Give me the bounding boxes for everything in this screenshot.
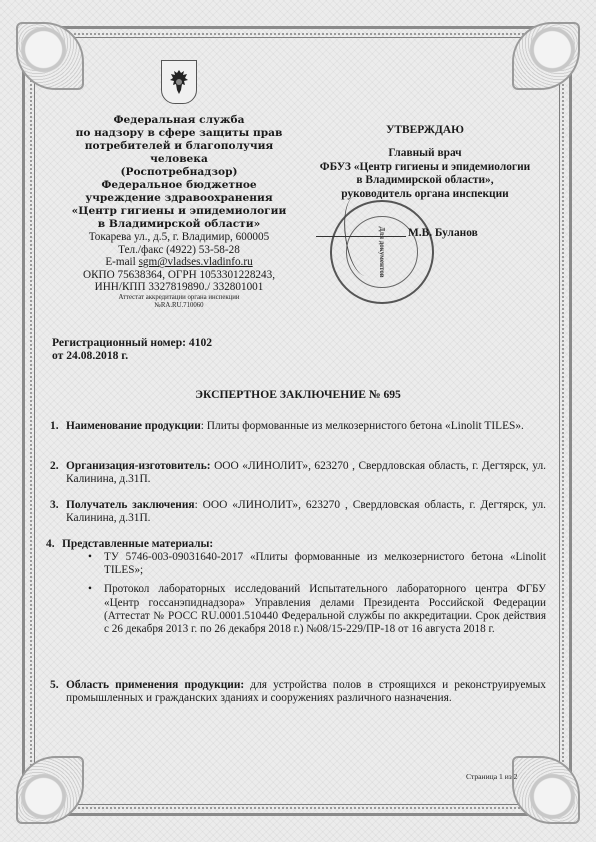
signer-name: М.В. Буланов (408, 227, 478, 239)
approver-line: руководитель органа инспекции (305, 188, 545, 201)
section-number: 5. (50, 679, 59, 692)
issuer-line: Федеральная служба (64, 114, 294, 127)
section-separator: : (195, 499, 203, 511)
approval-block: УТВЕРЖДАЮ Главный врач ФБУЗ «Центр гигие… (305, 124, 545, 201)
document-page: Федеральная служба по надзору в сфере за… (0, 0, 596, 842)
list-item: • ТУ 5746-003-09031640-2017 «Плиты формо… (104, 551, 546, 577)
list-item: • Протокол лабораторных исследований Исп… (104, 583, 546, 636)
registration-date: от 24.08.2018 г. (52, 350, 212, 363)
section-materials: 4. Представленные материалы: (62, 538, 542, 551)
russian-coat-of-arms-icon (161, 60, 197, 104)
issuer-phone: Тел./факс (4922) 53-58-28 (64, 244, 294, 257)
section-label: Наименование продукции (66, 420, 201, 432)
signature-line (316, 236, 406, 237)
section-recipient: 3. Получатель заключения: ООО «ЛИНОЛИТ»,… (66, 499, 546, 525)
accreditation-line: Аттестат аккредитации органа инспекции (64, 294, 294, 302)
issuer-line: (Роспотребнадзор) (64, 166, 294, 179)
section-label: Организация-изготовитель: (66, 460, 211, 472)
section-number: 3. (50, 499, 59, 512)
issuer-line: по надзору в сфере защиты прав (64, 127, 294, 140)
issuer-email-line: E-mail sgm@vladses.vladinfo.ru (64, 256, 294, 269)
registration-number: Регистрационный номер: 4102 (52, 337, 212, 350)
issuer-line: учреждение здравоохранения (64, 192, 294, 205)
approver-line: в Владимирской области», (305, 174, 545, 187)
section-label: Представленные материалы: (62, 538, 213, 550)
approver-line: ФБУЗ «Центр гигиены и эпидемиологии (305, 161, 545, 174)
material-text: Протокол лабораторных исследований Испыт… (104, 583, 546, 635)
approver-line: Главный врач (305, 147, 545, 160)
issuer-line: в Владимирской области» (64, 218, 294, 231)
section-number: 4. (46, 538, 55, 551)
bullet-icon: • (88, 551, 92, 564)
section-product-name: 1. Наименование продукции: Плиты формова… (66, 420, 546, 433)
issuer-okpo: ОКПО 75638364, ОГРН 1053301228243, (64, 269, 294, 282)
issuer-line: «Центр гигиены и эпидемиологии (64, 205, 294, 218)
section-number: 2. (50, 460, 59, 473)
bullet-icon: • (88, 583, 92, 596)
issuer-inn: ИНН/КПП 3327819890./ 332801001 (64, 281, 294, 294)
section-manufacturer: 2. Организация-изготовитель: ООО «ЛИНОЛИ… (66, 460, 546, 486)
issuer-line: потребителей и благополучия человека (64, 140, 294, 166)
section-label: Получатель заключения (66, 499, 195, 511)
approve-heading: УТВЕРЖДАЮ (305, 124, 545, 137)
material-text: ТУ 5746-003-09031640-2017 «Плиты формова… (104, 551, 546, 576)
accreditation-number: №RA.RU.710060 (64, 302, 294, 310)
page-number: Страница 1 из 2 (466, 772, 517, 781)
section-number: 1. (50, 420, 59, 433)
issuer-line: Федеральное бюджетное (64, 179, 294, 192)
email-label: E-mail (105, 256, 138, 268)
materials-list: • ТУ 5746-003-09031640-2017 «Плиты формо… (104, 551, 546, 642)
section-application-scope: 5. Область применения продукции: для уст… (66, 679, 546, 705)
section-text: Плиты формованные из мелкозернистого бет… (207, 420, 524, 432)
email-link[interactable]: sgm@vladses.vladinfo.ru (139, 256, 253, 268)
issuer-address: Токарева ул., д.5, г. Владимир, 600005 (64, 231, 294, 244)
registration-block: Регистрационный номер: 4102 от 24.08.201… (52, 337, 212, 362)
issuer-header: Федеральная служба по надзору в сфере за… (64, 60, 294, 310)
section-label: Область применения продукции: (66, 679, 244, 691)
document-title: ЭКСПЕРТНОЕ ЗАКЛЮЧЕНИЕ № 695 (0, 388, 596, 401)
